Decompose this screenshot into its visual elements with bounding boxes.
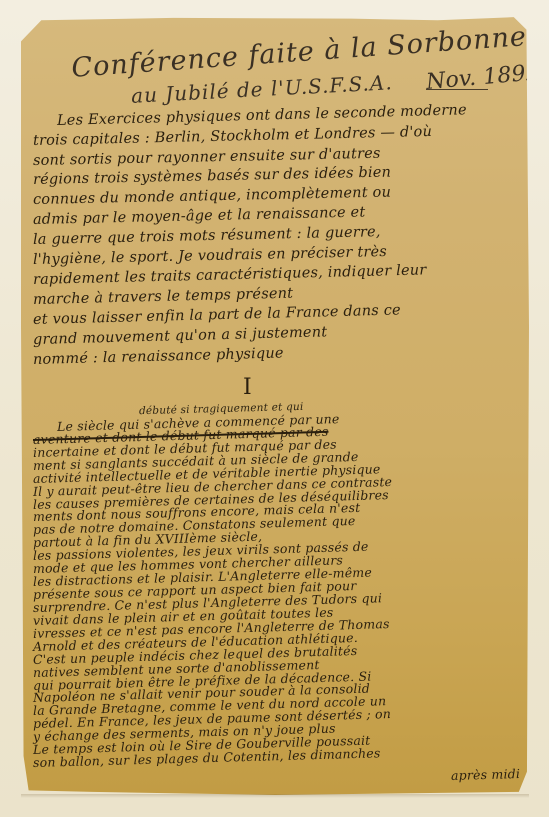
page-bottom-shadow <box>21 794 529 798</box>
manuscript-page-continuation <box>21 14 529 794</box>
scan-background: Conférence faite à la Sorbonne au Jubilé… <box>0 0 549 817</box>
